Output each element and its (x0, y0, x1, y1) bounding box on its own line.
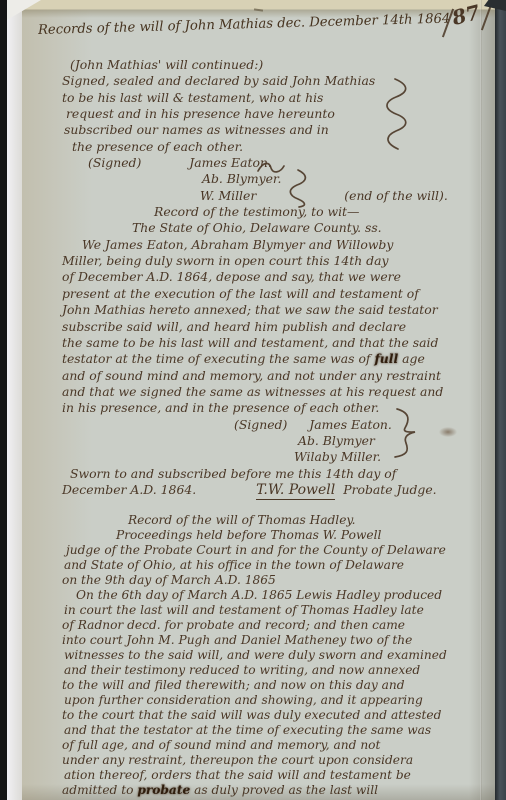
manuscript-text: Proceedings held before Thomas W. Powell (116, 528, 381, 542)
manuscript-line: (Signed)James Eaton. (234, 417, 506, 433)
manuscript-text: subscribed our names as witnesses and in (64, 122, 329, 137)
manuscript-line: Wilaby Miller. (294, 449, 506, 465)
manuscript-line: John Mathias hereto annexed; that we saw… (62, 302, 506, 318)
manuscript-text: (Signed) (88, 155, 141, 170)
manuscript-text: We James Eaton, Abraham Blymyer and Will… (82, 237, 393, 252)
manuscript-text: John Mathias hereto annexed; that we saw… (62, 302, 438, 317)
manuscript-line: and State of Ohio, at his office in the … (64, 558, 506, 573)
manuscript-line: on the 9th day of March A.D. 1865 (62, 573, 506, 588)
manuscript-line: Sworn to and subscribed before me this 1… (70, 466, 506, 482)
manuscript-line: of full age, and of sound mind and memor… (62, 738, 506, 753)
manuscript-line: subscribe said will, and heard him publi… (62, 319, 506, 335)
manuscript-line: (John Mathias' will continued:) (70, 57, 506, 73)
manuscript-text: Miller, being duly sworn in open court t… (62, 253, 388, 268)
book-gutter-shadow (0, 0, 7, 800)
manuscript-line: Ab. Blymyer (298, 433, 506, 449)
manuscript-text: Wilaby Miller. (294, 449, 381, 464)
manuscript-text: ation thereof, orders that the said will… (64, 768, 411, 782)
manuscript-line: On the 6th day of March A.D. 1865 Lewis … (76, 588, 506, 603)
manuscript-text: of full age, and of sound mind and memor… (62, 738, 380, 752)
manuscript-text: and that we signed the same as witnesses… (62, 384, 443, 399)
manuscript-text: on the 9th day of March A.D. 1865 (62, 573, 276, 587)
manuscript-text: present at the execution of the last wil… (62, 286, 419, 301)
manuscript-text: Ab. Blymyer. (202, 171, 281, 186)
manuscript-text: the same to be his last will and testame… (62, 335, 438, 350)
manuscript-text: Record of the testimony, to wit— (154, 204, 359, 219)
manuscript-line: and that we signed the same as witnesses… (62, 384, 506, 400)
ink-stain (439, 427, 457, 437)
manuscript-line: (Signed)James Eaton. (88, 155, 506, 171)
manuscript-text: under any restraint, thereupon the court… (62, 753, 413, 767)
manuscript-line: to the court that the said will was duly… (62, 708, 506, 723)
manuscript-text: into court John M. Pugh and Daniel Mathe… (62, 633, 412, 647)
manuscript-text: and State of Ohio, at his office in the … (64, 558, 404, 572)
manuscript-text: to the will and filed therewith; and now… (62, 678, 405, 692)
manuscript-line: judge of the Probate Court in and for th… (66, 543, 506, 558)
manuscript-line: Record of the testimony, to wit— (154, 204, 506, 220)
underlying-page-edge (7, 0, 22, 800)
manuscript-text: Record of the will of Thomas Hadley. (128, 513, 356, 527)
manuscript-line: testator at the time of executing the sa… (62, 351, 506, 367)
page-right-edge (495, 0, 506, 800)
manuscript-text: and that the testator at the time of exe… (64, 723, 431, 737)
manuscript-line: and their testimony reduced to writing, … (64, 663, 506, 678)
manuscript-line: witnesses to the said will, and were dul… (64, 648, 506, 663)
manuscript-text: full (374, 351, 398, 366)
manuscript-text: age (398, 351, 425, 366)
ledger-page: (John Mathias' will continued:)Signed, s… (22, 0, 495, 800)
manuscript-text: Probate Judge. (343, 482, 436, 497)
manuscript-line: Ab. Blymyer. (202, 171, 506, 187)
manuscript-text: in his presence, and in the presence of … (62, 400, 379, 415)
manuscript-line: December A.D. 1864.T.W. PowellProbate Ju… (62, 482, 506, 498)
manuscript-line: of Radnor decd. for probate and record; … (62, 618, 506, 633)
manuscript-text: James Eaton. (309, 417, 392, 432)
manuscript-text: December A.D. 1864. (62, 482, 196, 497)
judge-signature: T.W. Powell (256, 482, 335, 500)
manuscript-text: (Signed) (234, 417, 287, 432)
manuscript-line: request and in his presence have hereunt… (66, 106, 506, 122)
manuscript-line: into court John M. Pugh and Daniel Mathe… (62, 633, 506, 648)
scanned-probate-ledger-photo: (John Mathias' will continued:)Signed, s… (0, 0, 506, 800)
manuscript-text: upon further consideration and showing, … (64, 693, 423, 707)
manuscript-text: to the court that the said will was duly… (62, 708, 441, 722)
manuscript-text: probate (137, 783, 190, 797)
manuscript-line: Miller, being duly sworn in open court t… (62, 253, 506, 269)
manuscript-text: of December A.D. 1864, depose and say, t… (62, 269, 401, 284)
manuscript-text: James Eaton. (189, 155, 272, 170)
manuscript-line: Proceedings held before Thomas W. Powell (116, 528, 506, 543)
manuscript-text: as duly proved as the last will (190, 783, 378, 797)
manuscript-line: The State of Ohio, Delaware County. ss. (132, 220, 506, 236)
manuscript-line: the presence of each other. (72, 139, 506, 155)
manuscript-text: subscribe said will, and heard him publi… (62, 319, 406, 334)
manuscript-text: the presence of each other. (72, 139, 243, 154)
manuscript-line: under any restraint, thereupon the court… (62, 753, 506, 768)
manuscript-text: of Radnor decd. for probate and record; … (62, 618, 405, 632)
manuscript-text: W. Miller (200, 188, 256, 203)
manuscript-line: ation thereof, orders that the said will… (64, 768, 506, 783)
manuscript-line: upon further consideration and showing, … (64, 693, 506, 708)
manuscript-line: and of sound mind and memory, and not un… (62, 368, 506, 384)
manuscript-text: and their testimony reduced to writing, … (64, 663, 420, 677)
manuscript-text: request and in his presence have hereunt… (66, 106, 335, 121)
manuscript-text: in court the last will and testament of … (64, 603, 424, 617)
manuscript-text: judge of the Probate Court in and for th… (66, 543, 446, 557)
manuscript-line: of December A.D. 1864, depose and say, t… (62, 269, 506, 285)
manuscript-line: admitted to probate as duly proved as th… (62, 783, 506, 798)
manuscript-line: and that the testator at the time of exe… (64, 723, 506, 738)
manuscript-line: present at the execution of the last wil… (62, 286, 506, 302)
manuscript-text: (John Mathias' will continued:) (70, 57, 263, 72)
manuscript-line: to the will and filed therewith; and now… (62, 678, 506, 693)
thomas-hadley-will-record: Record of the will of Thomas Hadley.Proc… (62, 513, 506, 798)
manuscript-line: subscribed our names as witnesses and in (64, 122, 506, 138)
manuscript-text: to be his last will & testament, who at … (62, 90, 323, 105)
manuscript-line: Signed, sealed and declared by said John… (62, 73, 506, 89)
manuscript-line: the same to be his last will and testame… (62, 335, 506, 351)
manuscript-line: W. Miller(end of the will). (200, 188, 506, 204)
manuscript-text: (end of the will). (344, 188, 448, 203)
manuscript-line: Record of the will of Thomas Hadley. (128, 513, 506, 528)
manuscript-text: and of sound mind and memory, and not un… (62, 368, 441, 383)
manuscript-text: The State of Ohio, Delaware County. ss. (132, 220, 382, 235)
manuscript-line: in his presence, and in the presence of … (62, 400, 506, 416)
manuscript-line: to be his last will & testament, who at … (62, 90, 506, 106)
manuscript-text: Sworn to and subscribed before me this 1… (70, 466, 396, 481)
manuscript-line: We James Eaton, Abraham Blymyer and Will… (82, 237, 506, 253)
pencil-mark (254, 8, 263, 11)
manuscript-text: witnesses to the said will, and were dul… (64, 648, 447, 662)
manuscript-line: in court the last will and testament of … (64, 603, 506, 618)
manuscript-text: admitted to (62, 783, 137, 797)
manuscript-text: On the 6th day of March A.D. 1865 Lewis … (76, 588, 442, 602)
manuscript-text: Signed, sealed and declared by said John… (62, 73, 375, 88)
manuscript-text: Ab. Blymyer (298, 433, 375, 448)
manuscript-text: testator at the time of executing the sa… (62, 351, 374, 366)
